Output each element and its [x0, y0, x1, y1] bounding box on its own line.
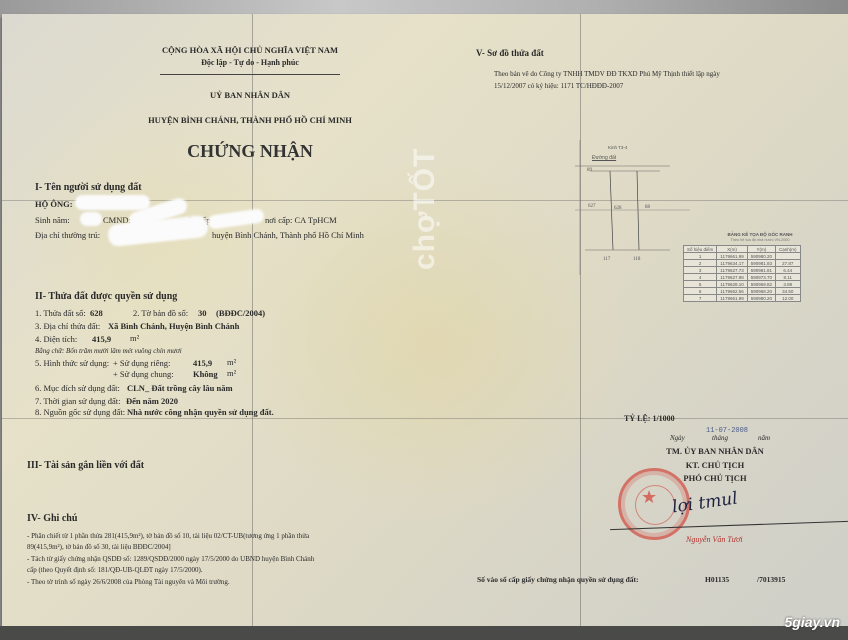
parcel-label-117: 117: [603, 257, 610, 262]
map-sheet-ref: (BĐĐC/2004): [216, 308, 265, 318]
coord-cell: 3: [684, 267, 717, 274]
section-2-heading: II- Thửa đất được quyền sử dụng: [35, 291, 177, 302]
parcel-label-627: 627: [588, 204, 596, 209]
registry-book-number: H01135: [705, 575, 729, 584]
coord-row: 21179634.17590981.8327.87: [684, 260, 801, 267]
coord-cell: 1179627.98: [717, 274, 747, 281]
signer-name: Nguyễn Văn Tươi: [686, 535, 743, 544]
term-label: 7. Thời gian sử dụng đất:: [35, 396, 120, 406]
signing-org: TM. ỦY BAN NHÂN DÂN: [640, 446, 790, 456]
address-label: Địa chỉ thường trú:: [35, 230, 100, 240]
area-unit: m²: [227, 368, 236, 378]
area-label: 4. Diện tích:: [35, 334, 77, 344]
5giay-watermark: 5giay.vn: [784, 614, 840, 630]
coord-row: 11179661.99590980.20: [684, 253, 801, 260]
map-sheet-label: 2. Tờ bản đồ số:: [133, 308, 188, 318]
motto-underline: [160, 74, 340, 75]
authority-name: UỶ BAN NHÂN DÂN: [100, 90, 400, 100]
map-scale: TỶ LỆ: 1/1000: [624, 414, 675, 423]
private-use-label: + Sử dụng riêng:: [113, 358, 170, 368]
coord-cell: 6.44: [776, 267, 801, 274]
redaction-mark: [75, 195, 150, 210]
area-value: 415,9: [92, 334, 111, 344]
usage-form-label: 5. Hình thức sử dụng:: [35, 358, 109, 368]
origin-label: 8. Nguồn gốc sử dụng đất:: [35, 407, 125, 417]
note-line: - Phân chiết từ 1 phần thửa 281(415,9m²)…: [27, 532, 309, 540]
photo-bottom-edge: [0, 626, 848, 640]
land-address: Xã Bình Chánh, Huyện Bình Chánh: [108, 321, 239, 331]
coord-cell: [776, 253, 801, 260]
issued-by: nơi cấp: CA TpHCM: [265, 215, 337, 225]
coord-cell: 3.89: [776, 281, 801, 288]
district-name: HUYỆN BÌNH CHÁNH, THÀNH PHỐ HỒ CHÍ MINH: [80, 115, 420, 125]
land-address-label: 3. Địa chỉ thửa đất:: [35, 321, 100, 331]
note-line: cấp (theo Quyết định số: 181/QĐ-UB-QLĐT …: [27, 566, 203, 574]
coord-header: Cạnh(m): [776, 246, 801, 253]
coord-cell: 1179662.56: [717, 288, 747, 295]
coord-table-subtitle: Theo hệ tọa độ nhà nước VN-2000: [700, 238, 820, 242]
section-1-heading: I- Tên người sử dụng đất: [35, 182, 142, 193]
coord-cell: 590973.70: [747, 274, 775, 281]
fold-line: [580, 14, 581, 626]
origin-value: Nhà nước công nhận quyền sử dụng đất.: [127, 407, 274, 417]
coord-header: Y(m): [747, 246, 775, 253]
coord-cell: 590981.81: [747, 267, 775, 274]
coord-table-title: BẢNG KÊ TỌA ĐỘ GÓC RANH: [700, 232, 820, 237]
parcel-number: 628: [90, 308, 103, 318]
coord-cell: 2: [684, 260, 717, 267]
coord-cell: 8.11: [776, 274, 801, 281]
coord-cell: 1179634.17: [717, 260, 747, 267]
document-title: CHỨNG NHẬN: [100, 141, 400, 162]
country-name: CỘNG HÒA XÃ HỘI CHỦ NGHĨA VIỆT NAM: [100, 45, 400, 55]
coord-row: 71179661.99590980.2012.00: [684, 295, 801, 302]
private-use-value: 415,9: [193, 358, 212, 368]
seal-star-icon: ★: [641, 487, 657, 508]
redaction-mark: [80, 212, 102, 226]
coord-cell: 1179628.10: [717, 281, 747, 288]
purpose-value: CLN_ Đất trồng cây lâu năm: [127, 383, 233, 393]
coord-cell: 590969.82: [747, 281, 775, 288]
term-value: Đến năm 2020: [126, 396, 178, 406]
parcel-label-89: 89: [587, 168, 592, 173]
note-line: - Theo tờ trình số ngày 26/6/2008 của Ph…: [27, 578, 230, 586]
coord-cell: 1179661.99: [717, 253, 747, 260]
coord-cell: 4: [684, 274, 717, 281]
coord-cell: 34.50: [776, 288, 801, 295]
note-line: 89(415,9m²), tờ bản đồ số 30, tài liệu B…: [27, 543, 171, 551]
section-4-heading: IV- Ghi chú: [27, 513, 77, 524]
shared-use-value: Không: [193, 369, 218, 379]
parcel-label-628: 628: [614, 206, 622, 211]
coord-cell: 1179661.99: [717, 295, 747, 302]
map-sheet-number: 30: [198, 308, 207, 318]
area-unit: m²: [227, 357, 236, 367]
coord-cell: 5: [684, 281, 717, 288]
survey-source-line: Theo bản vẽ do Công ty TNHH TMDV ĐĐ TKXD…: [494, 70, 720, 78]
coord-row: 61179662.56590968.2034.50: [684, 288, 801, 295]
date-label-day: Ngày: [670, 434, 685, 442]
coord-cell: 27.87: [776, 260, 801, 267]
coord-cell: 1: [684, 253, 717, 260]
parcel-label-118: 118: [633, 257, 640, 262]
fold-line: [2, 418, 848, 419]
chotot-watermark: chợTỐT: [408, 148, 442, 270]
coord-row: 41179627.98590973.708.11: [684, 274, 801, 281]
parcel-label-88: 88: [645, 205, 650, 210]
note-line: - Tách từ giấy chứng nhận QSDĐ số: 1289/…: [27, 555, 314, 563]
survey-source-line: 15/12/2007 có ký hiệu: 1171 TC/HĐĐĐ-2007: [494, 82, 623, 90]
purpose-label: 6. Mục đích sử dụng đất:: [35, 383, 120, 393]
date-label-month: tháng: [712, 434, 728, 442]
area-unit: m²: [130, 333, 139, 343]
motto: Độc lập - Tự do - Hạnh phúc: [100, 58, 400, 67]
coord-row: 51179628.10590969.823.89: [684, 281, 801, 288]
coord-cell: 590980.20: [747, 295, 775, 302]
shared-use-label: + Sử dụng chung:: [113, 369, 174, 379]
coord-header: Số hiệu điểm: [684, 246, 717, 253]
coord-cell: 12.00: [776, 295, 801, 302]
registry-label: Số vào sổ cấp giấy chứng nhận quyền sử d…: [477, 575, 639, 584]
coord-cell: 1179627.73: [717, 267, 747, 274]
address-tail: huyện Bình Chánh, Thành phố Hồ Chí Minh: [212, 230, 364, 240]
coord-cell: 7: [684, 295, 717, 302]
coord-header: X(m): [717, 246, 747, 253]
owner-label: HỘ ÔNG:: [35, 199, 73, 209]
coord-table: Số hiệu điểm X(m) Y(m) Cạnh(m) 11179661.…: [683, 245, 801, 302]
registry-serial: /7013915: [757, 575, 785, 584]
area-in-words: Bằng chữ: Bốn trăm mười lăm mét vuông ch…: [35, 347, 182, 355]
section-3-heading: III- Tài sản gắn liền với đất: [27, 460, 144, 471]
coord-cell: 590968.20: [747, 288, 775, 295]
coord-cell: 590980.20: [747, 253, 775, 260]
road-label: Đường đất: [592, 155, 616, 161]
coord-row: 31179627.73590981.816.44: [684, 267, 801, 274]
coord-cell: 6: [684, 288, 717, 295]
canal-label: Kinh T3-4: [608, 145, 627, 150]
parcel-label: 1. Thửa đất số:: [35, 308, 86, 318]
section-5-heading: V- Sơ đồ thửa đất: [476, 48, 544, 58]
birth-label: Sinh năm:: [35, 215, 70, 225]
coord-cell: 590981.83: [747, 260, 775, 267]
date-label-year: năm: [758, 434, 770, 442]
